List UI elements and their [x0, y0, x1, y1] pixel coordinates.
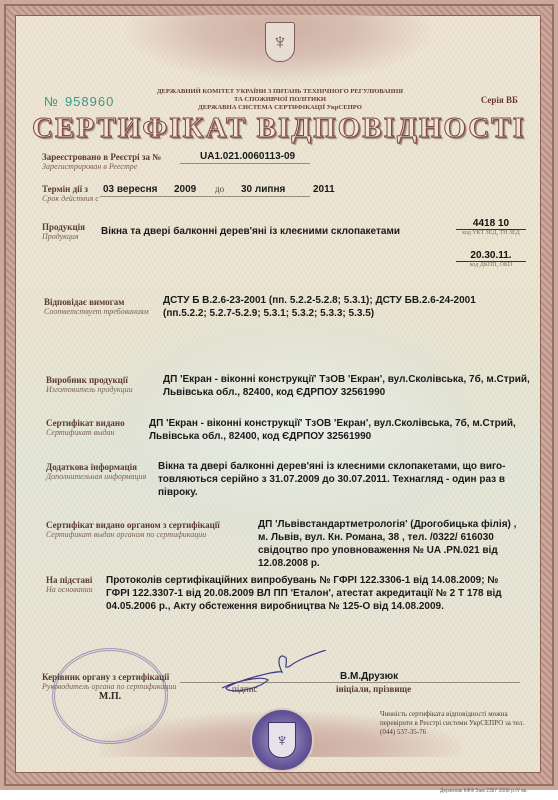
manufacturer-value: ДП 'Екран - віконні конструкції' ТзОВ 'Е… — [163, 373, 530, 399]
signatory-name: В.М.Друзюк — [340, 670, 398, 683]
additional-info-line: товляються серійно з 31.07.2009 до 30.07… — [158, 473, 506, 486]
basis-label-uk: На підставі — [46, 575, 92, 585]
requirements-value: ДСТУ Б В.2.6-23-2001 (пп. 5.2.2-5.2.8; 5… — [163, 294, 476, 320]
number-value: 958960 — [65, 94, 114, 109]
code-value: 4418 10 — [456, 218, 526, 230]
requirements-line: (пп.5.2.2; 5.2.7-5.2.9; 5.3.1; 5.3.2; 5.… — [163, 307, 476, 320]
validity-label: Термін дії з Срок действия с — [42, 184, 99, 204]
basis-label: На підставі На основании — [46, 575, 93, 595]
basis-label-ru: На основании — [46, 585, 93, 595]
issued-to-label-ru: Сертификат выдан — [46, 428, 125, 438]
certificate-number: №958960 — [44, 94, 114, 109]
authority-line: ТА СПОЖИВЧОЇ ПОЛІТИКИ — [130, 96, 430, 104]
printer-imprint: Держзнак КФФ Зам 2387 2008 р.IV кв. — [440, 788, 528, 794]
code-value: 20.30.11. — [456, 250, 526, 262]
signature-caption: підпис — [232, 684, 258, 694]
product-label-uk: Продукція — [42, 222, 85, 232]
stamp-label: М.П. — [99, 691, 121, 702]
requirements-line: ДСТУ Б В.2.6-23-2001 (пп. 5.2.2-5.2.8; 5… — [163, 294, 476, 307]
certification-body-line: 12.08.2008 р. — [258, 557, 516, 570]
product-label-ru: Продукция — [42, 232, 85, 242]
issued-to-label: Сертифікат видано Сертификат выдан — [46, 418, 125, 438]
product-code-dkpp: 20.30.11. код ДКПП, ОКП — [456, 250, 526, 268]
requirements-label: Відповідає вимогам Соответствует требова… — [44, 297, 149, 317]
to-word: до — [215, 184, 224, 194]
manufacturer-label-ru: Изготовитель продукции — [46, 385, 133, 395]
head-label-ru: Руководитель органа по сертификации — [42, 682, 176, 692]
manufacturer-line: ДП 'Екран - віконні конструкції' ТзОВ 'Е… — [163, 373, 530, 386]
additional-info-label-uk: Додаткова інформація — [46, 462, 137, 472]
trident-icon: ♆ — [268, 722, 296, 758]
basis-value: Протоколів сертифікаційних випробувань №… — [106, 574, 502, 613]
certification-body-line: м. Львів, вул. Кн. Романа, 38 , тел. /03… — [258, 531, 516, 544]
issuing-authority: ДЕРЖАВНИЙ КОМІТЕТ УКРАЇНИ З ПИТАНЬ ТЕХНІ… — [130, 88, 430, 112]
head-of-body-label: Керівник органу з сертифікації Руководит… — [42, 672, 176, 692]
certificate-sheet: ♆ ♆ ДЕРЖАВНИЙ КОМІТЕТ УКРАЇНИ З ПИТАНЬ Т… — [0, 0, 558, 790]
underline — [100, 196, 310, 197]
valid-from-year: 2009 — [174, 183, 196, 196]
registry-number: UA1.021.0060113-09 — [200, 150, 295, 163]
code-caption: код УКТ ЗЕД, ТН ЗЕД — [456, 230, 526, 236]
requirements-label-uk: Відповідає вимогам — [44, 297, 124, 307]
valid-from-date: 03 вересня — [103, 183, 157, 196]
certification-body-line: ДП 'Львівстандартметрологія' (Дрогобицьк… — [258, 518, 516, 531]
authority-line: ДЕРЖАВНА СИСТЕМА СЕРТИФІКАЦІЇ УкрСЕПРО — [130, 104, 430, 112]
product-name: Вікна та двері балконні дерев'яні із кле… — [101, 225, 400, 238]
valid-to-date: 30 липня — [241, 183, 285, 196]
certification-body-label-ru: Сертификат выдан органом по сертификации — [46, 530, 220, 540]
valid-to-year: 2011 — [313, 183, 335, 196]
validity-label-uk: Термін дії з — [42, 184, 88, 194]
certification-body-label-uk: Сертифікат видано органом з сертифікації — [46, 520, 220, 530]
manufacturer-label: Виробник продукції Изготовитель продукци… — [46, 375, 133, 395]
number-label: № — [44, 94, 59, 109]
product-label: Продукція Продукция — [42, 222, 85, 242]
issued-to-value: ДП 'Екран - віконні конструкції' ТзОВ 'Е… — [149, 417, 516, 443]
basis-line: Протоколів сертифікаційних випробувань №… — [106, 574, 502, 587]
name-caption: ініціали, прізвище — [336, 684, 411, 694]
verification-note: Чинність сертифіката відповідності можна… — [380, 710, 530, 737]
basis-line: ГФРІ 122.3307-1 від 20.08.2009 ВЛ ПП 'Ет… — [106, 587, 502, 600]
official-stamp: М.П. — [52, 648, 168, 744]
additional-info-label-ru: Дополнительная информация — [46, 472, 146, 482]
additional-info-value: Вікна та двері балконні дерев'яні із кле… — [158, 460, 506, 499]
manufacturer-line: Львівська обл., 82400, код ЄДРПОУ 325619… — [163, 386, 530, 399]
certification-body-value: ДП 'Львівстандартметрологія' (Дрогобицьк… — [258, 518, 516, 570]
series-label: Серія ВБ — [481, 95, 518, 105]
product-code-uktzed: 4418 10 код УКТ ЗЕД, ТН ЗЕД — [456, 218, 526, 236]
hologram-seal: ♆ — [250, 708, 314, 772]
issued-to-label-uk: Сертифікат видано — [46, 418, 125, 428]
additional-info-line: півроку. — [158, 486, 506, 499]
issued-to-line: Львівська обл., 82400, код ЄДРПОУ 325619… — [149, 430, 516, 443]
certification-body-label: Сертифікат видано органом з сертифікації… — [46, 520, 220, 540]
requirements-label-ru: Соответствует требованиям — [44, 307, 149, 317]
additional-info-label: Додаткова інформація Дополнительная инфо… — [46, 462, 146, 482]
registry-label-uk: Зареєстровано в Реєстрі за № — [42, 152, 161, 162]
basis-line: 04.05.2006 р., Акту обстеження виробницт… — [106, 600, 502, 613]
issued-to-line: ДП 'Екран - віконні конструкції' ТзОВ 'Е… — [149, 417, 516, 430]
head-label-uk: Керівник органу з сертифікації — [42, 672, 169, 682]
registry-label: Зареєстровано в Реєстрі за № Зарегистрир… — [42, 152, 161, 172]
additional-info-line: Вікна та двері балконні дерев'яні із кле… — [158, 460, 506, 473]
registry-label-ru: Зарегистрирован в Реестре — [42, 162, 161, 172]
underline — [180, 163, 310, 164]
validity-label-ru: Срок действия с — [42, 194, 99, 204]
certificate-title: СЕРТИФІКАТ ВІДПОВІДНОСТІ — [0, 112, 558, 145]
authority-line: ДЕРЖАВНИЙ КОМІТЕТ УКРАЇНИ З ПИТАНЬ ТЕХНІ… — [130, 88, 430, 96]
trident-icon: ♆ — [265, 22, 295, 62]
manufacturer-label-uk: Виробник продукції — [46, 375, 128, 385]
certification-body-line: свідоцтво про уповноваження № UA .PN.021… — [258, 544, 516, 557]
code-caption: код ДКПП, ОКП — [456, 262, 526, 268]
